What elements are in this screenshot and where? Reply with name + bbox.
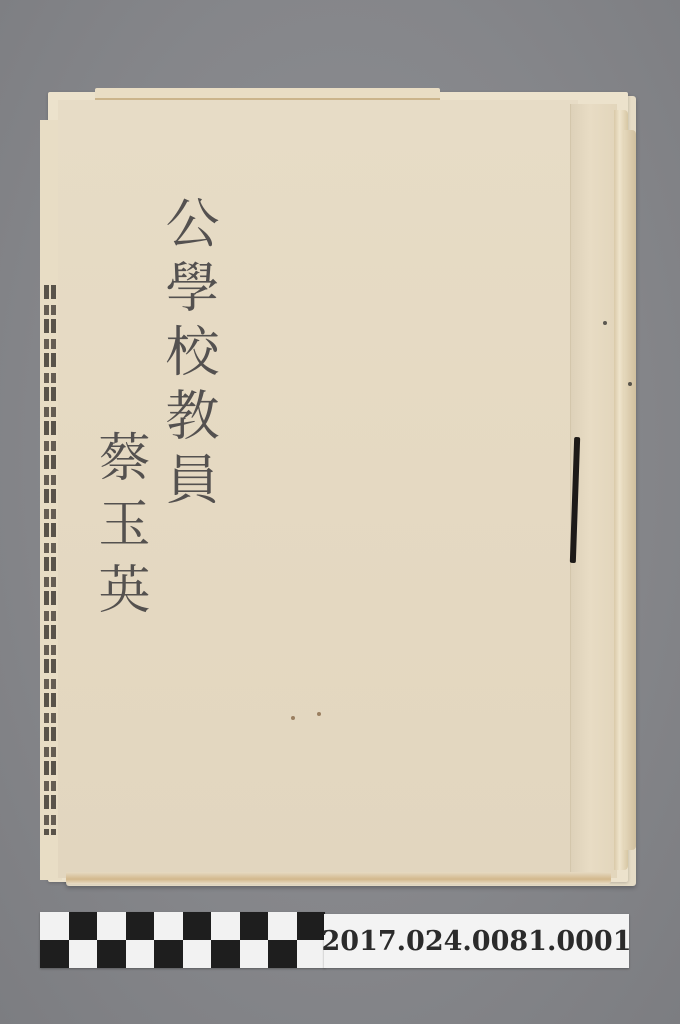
- color-scale-bar: [40, 912, 325, 968]
- ink-spot: [603, 321, 607, 325]
- ink-spot: [628, 382, 632, 386]
- right-page-edges-back: [624, 130, 636, 850]
- ink-spot: [317, 712, 321, 716]
- ink-spot: [291, 716, 295, 720]
- accession-number-label: 2017.024.0081.0001: [324, 914, 629, 968]
- top-page-flap: [95, 88, 440, 100]
- handwritten-title: 公學校教員: [158, 195, 218, 515]
- bottom-page-edge: [66, 872, 611, 884]
- handwritten-name: 蔡玉英: [90, 430, 148, 628]
